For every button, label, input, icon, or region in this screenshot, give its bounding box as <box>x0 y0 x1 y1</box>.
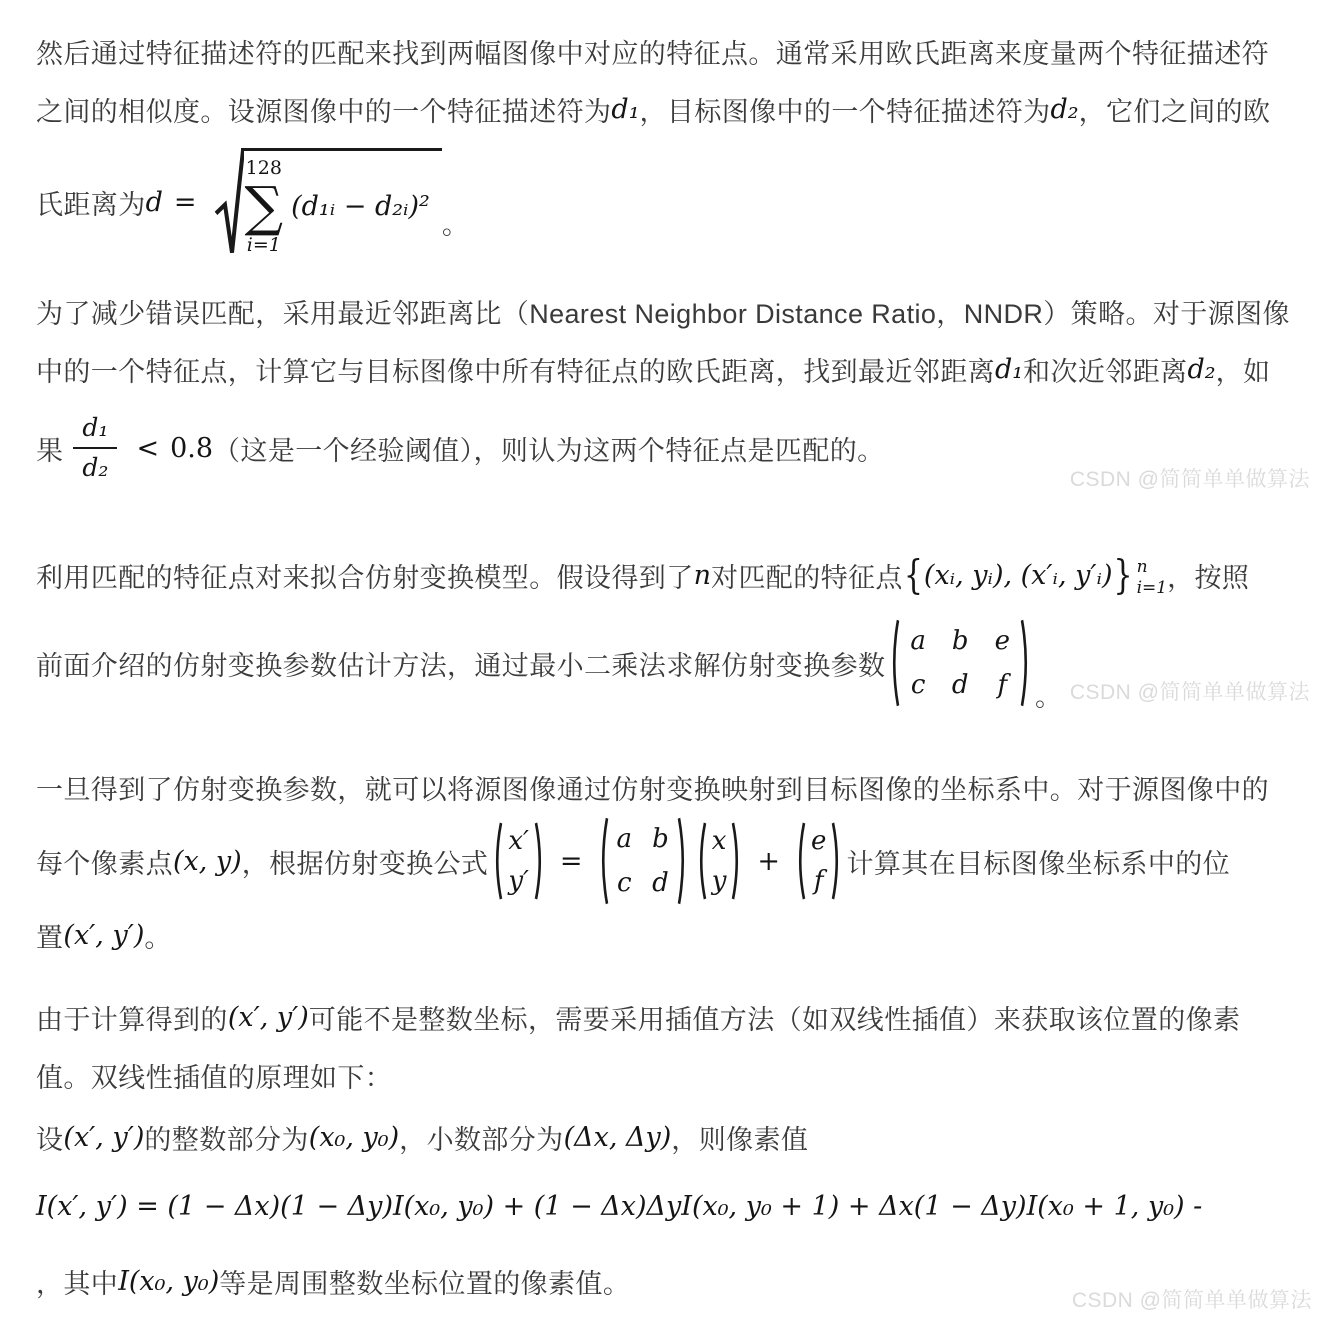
matrix-entry-a: a <box>617 826 633 852</box>
body-text: ，目标图像中的一个特征描述符为 <box>640 90 1051 129</box>
body-text: ，则像素值 <box>671 1118 808 1157</box>
para2-line2: 中的一个特征点，计算它与目标图像中所有特征点的欧氏距离，找到最近邻距离d₁和次近… <box>36 340 1290 398</box>
body-text: 设 <box>36 1118 63 1157</box>
var-d: d <box>146 187 163 218</box>
set-limits: ni=1 <box>1137 557 1168 600</box>
vector-xpyp: x′ y′ <box>491 821 546 901</box>
matrix-entry-b: b <box>952 628 969 654</box>
matrix-abcd: a b c d <box>597 816 689 906</box>
body-text: ，其中 <box>36 1262 118 1301</box>
equals-sign: = <box>174 187 197 218</box>
left-paren-icon <box>695 821 707 901</box>
affine-transform-formula-line: 每个像素点 (x, y) ，根据仿射变换公式 x′ y′ = a b c d <box>36 816 1290 906</box>
set-superscript: n <box>1137 557 1148 578</box>
bilinear-interpolation-formula: I(x′, y′) = (1 − Δx)(1 − Δy)I(x₀, y₀) + … <box>36 1191 1202 1222</box>
body-text: 每个像素点 <box>36 842 173 881</box>
left-paren-icon <box>888 618 900 708</box>
body-text: 由于计算得到的 <box>36 998 228 1037</box>
summation-operator: 128 ∑ i=1 <box>245 159 284 255</box>
nndr-fraction: d₁ d₂ <box>73 413 117 483</box>
body-text: 计算其在目标图像坐标系中的位 <box>846 842 1230 881</box>
var-n: n <box>694 560 711 591</box>
matrix-entry-f: f <box>997 672 1007 698</box>
radicand: 128 ∑ i=1 (d₁ᵢ − d₂ᵢ)² <box>241 148 442 257</box>
affine-parameter-matrix: a b e c d f <box>888 618 1032 708</box>
body-text: 中的一个特征点，计算它与目标图像中所有特征点的欧氏距离，找到最近邻距离 <box>36 350 995 389</box>
inline-math-d2: d₂ <box>1051 94 1079 125</box>
csdn-watermark-3: CSDN @简简单单做算法 <box>1072 1284 1312 1314</box>
body-text: ，根据仿射变换公式 <box>242 842 489 881</box>
inline-math-x0y0: (x₀, y₀) <box>309 1122 399 1153</box>
euclidean-distance-formula-line: 氏距离为 d = 128 ∑ i=1 (d₁ᵢ − d₂ᵢ)² 。 <box>36 138 1290 266</box>
body-text: 和次近邻距离 <box>1023 350 1187 389</box>
body-text: ，按照 <box>1167 556 1249 595</box>
matrix-entry-e: e <box>995 628 1010 654</box>
csdn-watermark-1: CSDN @简简单单做算法 <box>1070 463 1310 493</box>
csdn-watermark-2: CSDN @简简单单做算法 <box>1070 676 1310 706</box>
left-paren-icon <box>794 821 806 901</box>
left-paren-icon <box>597 816 609 906</box>
body-text: 一旦得到了仿射变换参数，就可以将源图像通过仿射变换映射到目标图像的坐标系中。对于… <box>36 768 1269 807</box>
sum-lower-limit: i=1 <box>247 236 281 255</box>
body-text: 对匹配的特征点 <box>711 556 903 595</box>
inline-math-xpyp: (x′, y′) <box>63 920 144 951</box>
body-text: 氏距离为 <box>36 183 146 222</box>
body-text: 可能不是整数坐标，需要采用插值方法（如双线性插值）来获取该位置的像素 <box>309 998 1241 1037</box>
para1-line2: 之间的相似度。设源图像中的一个特征描述符为d₁，目标图像中的一个特征描述符为d₂… <box>36 80 1290 138</box>
right-paren-icon <box>534 821 546 901</box>
vector-entry-e: e <box>811 828 826 854</box>
vector-entry-f: f <box>814 868 824 894</box>
fraction-numerator: d₁ <box>73 413 117 449</box>
threshold-value: 0.8 <box>170 433 213 464</box>
fraction-denominator: d₂ <box>82 449 108 483</box>
bilinear-interpolation-formula-line: I(x′, y′) = (1 − Δx)(1 − Δy)I(x₀, y₀) + … <box>36 1174 1290 1238</box>
article-page: 然后通过特征描述符的匹配来找到两幅图像中对应的特征点。通常采用欧氏距离来度量两个… <box>0 0 1326 1340</box>
inline-math-xy: (x, y) <box>173 846 242 877</box>
body-text: （这是一个经验阈值），则认为这两个特征点是匹配的。 <box>213 429 885 468</box>
right-paren-icon <box>831 821 843 901</box>
para5-line3: 设(x′, y′)的整数部分为(x₀, y₀)，小数部分为(Δx, Δy)，则像… <box>36 1108 1290 1166</box>
square-root: 128 ∑ i=1 (d₁ᵢ − d₂ᵢ)² <box>214 148 442 257</box>
body-text: 的整数部分为 <box>144 1118 308 1157</box>
vector-entries: e f <box>806 821 831 901</box>
less-than-sign: < <box>136 433 159 464</box>
para3-line1: 利用匹配的特征点对来拟合仿射变换模型。假设得到了n对匹配的特征点{(xᵢ, yᵢ… <box>36 546 1290 604</box>
body-text: ，如 <box>1216 350 1271 389</box>
vector-entry-x: x <box>712 828 727 854</box>
vector-entry-yp: y′ <box>508 868 529 894</box>
para1-line1: 然后通过特征描述符的匹配来找到两幅图像中对应的特征点。通常采用欧氏距离来度量两个… <box>36 22 1290 80</box>
body-text: 利用匹配的特征点对来拟合仿射变换模型。假设得到了 <box>36 556 694 595</box>
matrix-entries: a b c d <box>609 816 677 906</box>
vector-entry-y: y <box>712 868 727 894</box>
right-paren-icon <box>731 821 743 901</box>
body-text: 等是周围整数坐标位置的像素值。 <box>219 1262 630 1301</box>
right-paren-icon <box>1020 618 1032 708</box>
body-text: 然后通过特征描述符的匹配来找到两幅图像中对应的特征点。通常采用欧氏距离来度量两个… <box>36 32 1269 71</box>
plus-sign: + <box>757 846 780 877</box>
inline-math-xpyp: (x′, y′) <box>228 1002 309 1033</box>
equals-sign: = <box>560 846 583 877</box>
set-subscript: i=1 <box>1137 578 1168 599</box>
matrix-entry-c: c <box>617 870 632 896</box>
matrix-entry-c: c <box>911 672 926 698</box>
body-text: 置 <box>36 916 63 955</box>
matrix-entry-a: a <box>910 628 926 654</box>
matrix-entries: a b e c d f <box>900 618 1020 708</box>
sigma-icon: ∑ <box>245 180 284 234</box>
right-brace-icon: } <box>1113 551 1132 598</box>
inline-math-I-x0y0: I(x₀, y₀) <box>118 1266 219 1297</box>
vector-entry-xp: x′ <box>508 828 529 854</box>
body-text: 前面介绍的仿射变换参数估计方法，通过最小二乘法求解仿射变换参数 <box>36 644 885 683</box>
left-brace-icon: { <box>904 551 923 598</box>
body-text: 之间的相似度。设源图像中的一个特征描述符为 <box>36 90 611 129</box>
vector-ef: e f <box>794 821 843 901</box>
inline-math-d1: d₁ <box>611 94 639 125</box>
inline-math-dxdy: (Δx, Δy) <box>564 1122 672 1153</box>
matched-points-set: (xᵢ, yᵢ), (x′ᵢ, y′ᵢ) <box>924 560 1113 591</box>
inline-math-d2: d₂ <box>1188 354 1216 385</box>
matrix-entry-d: d <box>952 672 969 698</box>
matrix-entry-b: b <box>652 826 669 852</box>
inline-math-xpyp: (x′, y′) <box>63 1122 144 1153</box>
body-text: 值。双线性插值的原理如下： <box>36 1056 392 1095</box>
para5-line2: 值。双线性插值的原理如下： <box>36 1046 1290 1104</box>
left-paren-icon <box>491 821 503 901</box>
body-text: ，小数部分为 <box>399 1118 563 1157</box>
sum-expression: (d₁ᵢ − d₂ᵢ)² <box>291 191 430 222</box>
matrix-entry-d: d <box>652 870 669 896</box>
para5-line1: 由于计算得到的(x′, y′)可能不是整数坐标，需要采用插值方法（如双线性插值）… <box>36 988 1290 1046</box>
inline-math-d1: d₁ <box>995 354 1023 385</box>
vector-entries: x′ y′ <box>503 821 534 901</box>
period: 。 <box>1035 675 1062 714</box>
body-text: 为了减少错误匹配，采用最近邻距离比（Nearest Neighbor Dista… <box>36 292 1290 331</box>
vector-entries: x y <box>707 821 732 901</box>
right-paren-icon <box>677 816 689 906</box>
para2-line1: 为了减少错误匹配，采用最近邻距离比（Nearest Neighbor Dista… <box>36 282 1290 340</box>
period: 。 <box>442 203 469 242</box>
vector-xy: x y <box>695 821 744 901</box>
radical-icon <box>214 148 244 257</box>
para4-line3: 置(x′, y′)。 <box>36 906 1290 964</box>
period: 。 <box>144 916 171 955</box>
body-text: ，它们之间的欧 <box>1079 90 1271 129</box>
para4-line1: 一旦得到了仿射变换参数，就可以将源图像通过仿射变换映射到目标图像的坐标系中。对于… <box>36 758 1290 816</box>
body-text: 果 <box>36 429 63 468</box>
